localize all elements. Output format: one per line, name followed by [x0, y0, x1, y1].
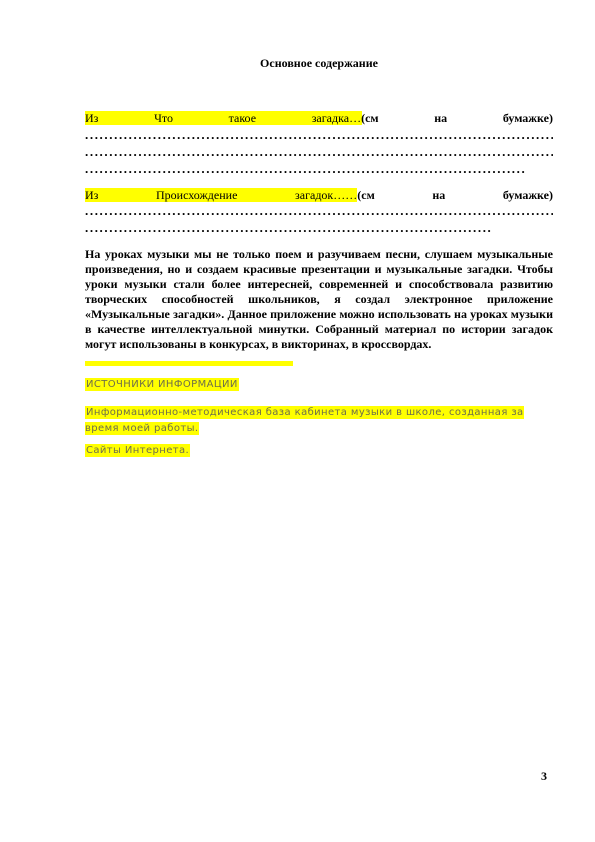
dotted-fill-line: ........................................… — [85, 128, 553, 141]
note-word: (см — [361, 111, 379, 125]
note-word: бумажке) — [503, 187, 553, 203]
highlighted-term: Происхождение — [156, 187, 237, 203]
highlighted-term: загадок…… — [295, 188, 357, 202]
dotted-fill-line: ........................................… — [85, 221, 492, 234]
fill-in-line-2: Из Происхождение загадок……(см на бумажке… — [85, 187, 553, 203]
document-page: Основное содержание Из Что такое загадка… — [0, 0, 595, 842]
sources-heading-text: ИСТОЧНИКИ ИНФОРМАЦИИ — [85, 378, 239, 391]
highlighted-term: Из — [85, 187, 98, 203]
dotted-fill-line: ........................................… — [85, 204, 553, 217]
note-word: на — [434, 110, 447, 126]
source-item-text: Сайты Интернета. — [85, 444, 190, 457]
body-paragraph: На уроках музыки мы не только поем и раз… — [85, 247, 553, 352]
note-word: на — [432, 187, 445, 203]
highlighted-term: Что — [154, 110, 173, 126]
highlighted-term-with-note: загадок……(см — [295, 187, 375, 203]
dotted-fill-line: ........................................… — [85, 145, 553, 158]
note-word: (см — [357, 188, 375, 202]
fill-in-line-1: Из Что такое загадка…(см на бумажке) — [85, 110, 553, 126]
note-word: бумажке) — [503, 110, 553, 126]
highlighted-term-with-note: загадка…(см — [312, 110, 379, 126]
page-title: Основное содержание — [85, 56, 553, 70]
empty-highlight-bar — [85, 361, 293, 366]
highlighted-term: загадка… — [312, 111, 361, 125]
sources-heading: ИСТОЧНИКИ ИНФОРМАЦИИ — [85, 377, 553, 393]
page-number: 3 — [541, 769, 547, 783]
source-item-school-base: Информационно-методическая база кабинета… — [85, 405, 557, 437]
highlighted-term: такое — [229, 110, 256, 126]
highlighted-term: Из — [85, 110, 98, 126]
source-item-internet-sites: Сайты Интернета. — [85, 443, 553, 459]
source-item-text: Информационно-методическая база кабинета… — [85, 406, 524, 435]
dotted-fill-line: ........................................… — [85, 162, 525, 175]
page-content: Основное содержание Из Что такое загадка… — [85, 0, 553, 842]
